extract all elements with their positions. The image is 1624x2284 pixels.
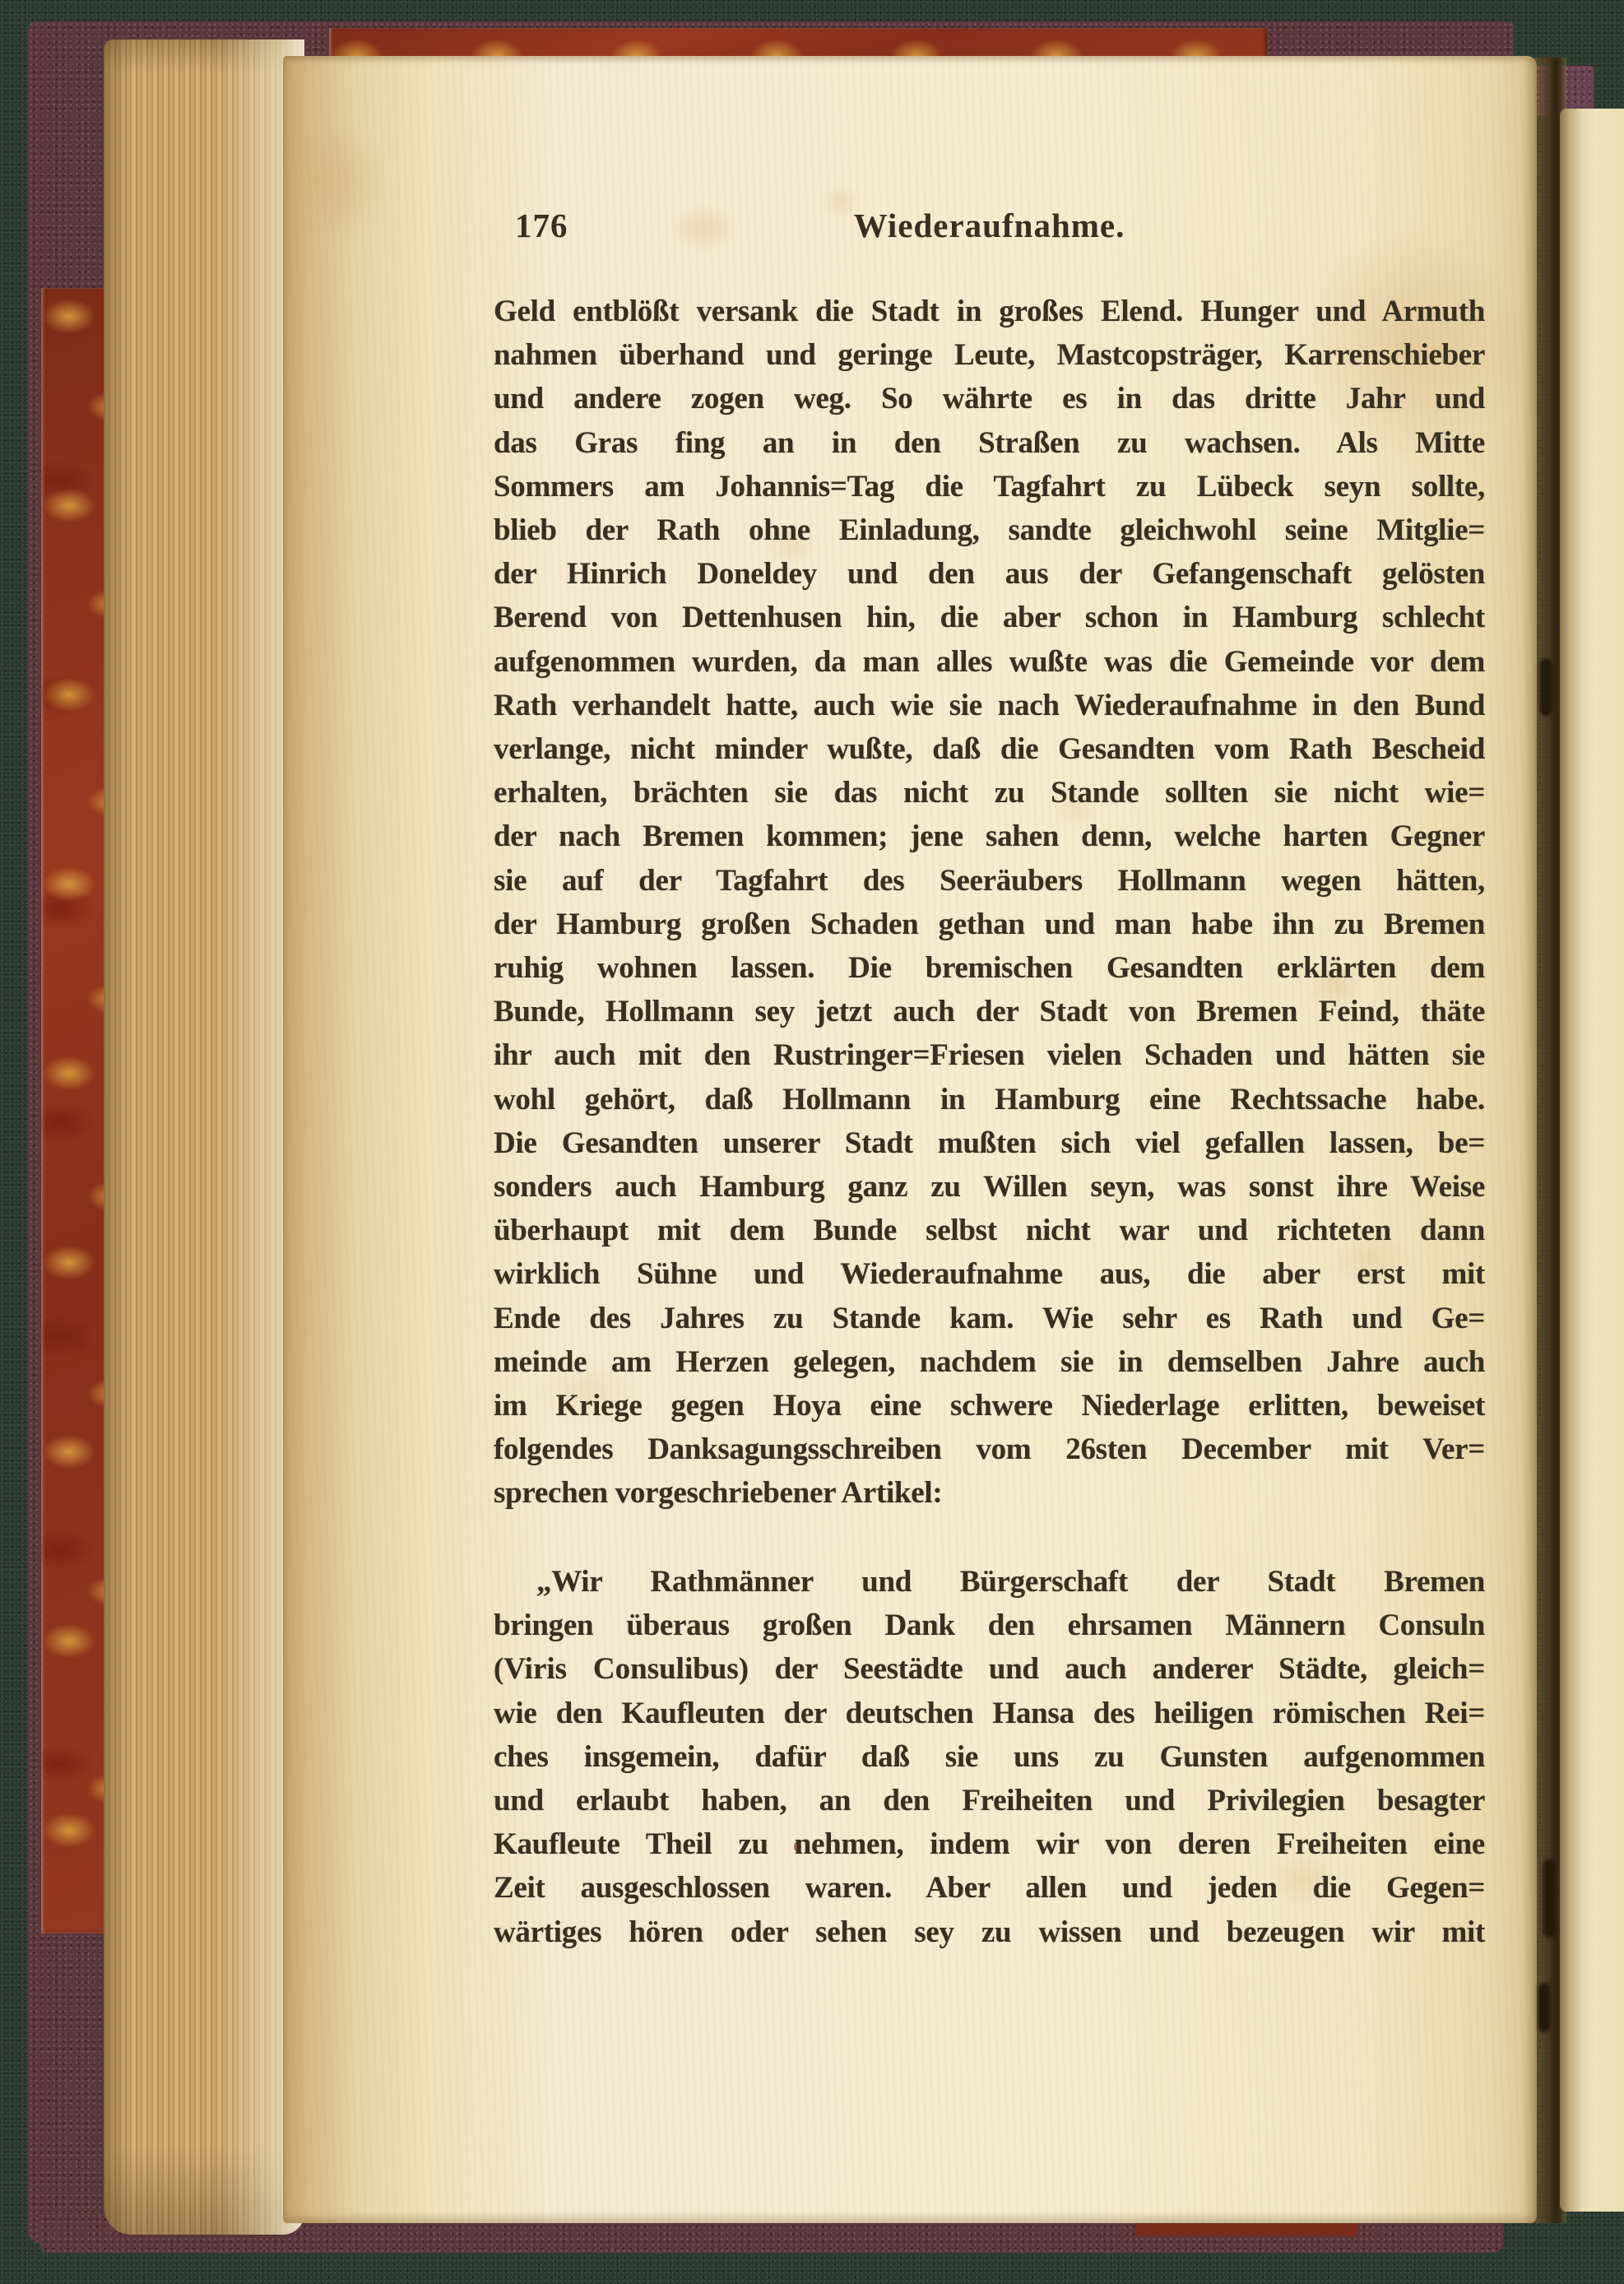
text-line: meinde am Herzen gelegen, nachdem sie in… xyxy=(494,1340,1485,1384)
text-line: verlange, nicht minder wußte, daß die Ge… xyxy=(494,727,1485,771)
text-line: und erlaubt haben, an den Freiheiten und… xyxy=(494,1779,1485,1822)
text-line: das Gras fing an in den Straßen zu wachs… xyxy=(494,421,1485,465)
text-line: blieb der Rath ohne Einladung, sandte gl… xyxy=(494,508,1485,552)
gutter-mark xyxy=(1543,1859,1555,1938)
text-line: der nach Bremen kommen; jene sahen denn,… xyxy=(494,815,1485,858)
page-header: 176 Wiederaufnahme. xyxy=(494,206,1485,247)
text-line: der Hamburg großen Schaden gethan und ma… xyxy=(494,903,1485,946)
text-line: „Wir Rathmänner und Bürgerschaft der Sta… xyxy=(494,1560,1485,1604)
text-line: Ende des Jahres zu Stande kam. Wie sehr … xyxy=(494,1297,1485,1340)
text-line: im Kriege gegen Hoya eine schwere Nieder… xyxy=(494,1384,1485,1427)
text-line: Sommers am Johannis=Tag die Tagfahrt zu … xyxy=(494,465,1485,508)
text-line: sprechen vorgeschriebener Artikel: xyxy=(494,1471,1485,1515)
page-stack-edge xyxy=(104,39,304,2235)
text-line: ches insgemein, dafür daß sie uns zu Gun… xyxy=(494,1735,1485,1779)
text-line: Die Gesandten unserer Stadt mußten sich … xyxy=(494,1121,1485,1165)
text-line: (Viris Consulibus) der Seestädte und auc… xyxy=(494,1647,1485,1691)
quoted-letter-paragraph: „Wir Rathmänner und Bürgerschaft der Sta… xyxy=(494,1560,1485,1954)
facing-page-edge xyxy=(1560,109,1624,2212)
text-line: wohl gehört, daß Hollmann in Hamburg ein… xyxy=(494,1078,1485,1121)
text-line: Geld entblößt versank die Stadt in große… xyxy=(494,290,1485,333)
book-cover-bottom-red-strip xyxy=(1135,2223,1357,2236)
text-line: Zeit ausgeschlossen waren. Aber allen un… xyxy=(494,1866,1485,1910)
text-line: Bunde, Hollmann sey jetzt auch der Stadt… xyxy=(494,990,1485,1033)
text-line: sonders auch Hamburg ganz zu Willen seyn… xyxy=(494,1165,1485,1209)
text-line: ruhig wohnen lassen. Die bremischen Gesa… xyxy=(494,946,1485,990)
text-line: sie auf der Tagfahrt des Seeräubers Holl… xyxy=(494,859,1485,903)
text-line: erhalten, brächten sie das nicht zu Stan… xyxy=(494,771,1485,815)
text-line: wirklich Sühne und Wiederaufnahme aus, d… xyxy=(494,1252,1485,1296)
gutter-mark xyxy=(1540,658,1552,716)
gutter-mark xyxy=(1538,1983,1550,2032)
text-line: wie den Kaufleuten der deutschen Hansa d… xyxy=(494,1692,1485,1735)
text-line: nahmen überhand und geringe Leute, Mastc… xyxy=(494,333,1485,377)
running-title: Wiederaufnahme. xyxy=(494,206,1485,245)
text-line: Rath verhandelt hatte, auch wie sie nach… xyxy=(494,684,1485,727)
text-line: ihr auch mit den Rustringer=Friesen viel… xyxy=(494,1033,1485,1077)
text-line: und andere zogen weg. So währte es in da… xyxy=(494,377,1485,420)
text-line: bringen überaus großen Dank den ehrsamen… xyxy=(494,1604,1485,1647)
text-line: Berend von Dettenhusen hin, die aber sch… xyxy=(494,596,1485,639)
text-line: der Hinrich Doneldey und den aus der Gef… xyxy=(494,552,1485,596)
text-line: überhaupt mit dem Bunde selbst nicht war… xyxy=(494,1209,1485,1252)
latin-phrase: (Viris Consulibus) xyxy=(494,1652,749,1686)
scanned-book-photo: 176 Wiederaufnahme. Geld entblößt versan… xyxy=(0,0,1624,2284)
text-line: Kaufleute Theil zu nehmen, indem wir von… xyxy=(494,1822,1485,1866)
body-paragraph: Geld entblößt versank die Stadt in große… xyxy=(494,290,1485,1516)
text-line-rest: der Seestädte und auch anderer Städte, g… xyxy=(775,1652,1485,1686)
text-line: aufgenommen wurden, da man alles wußte w… xyxy=(494,640,1485,684)
text-line: folgendes Danksagungsschreiben vom 26ste… xyxy=(494,1427,1485,1471)
text-line: wärtiges hören oder sehen sey zu wissen … xyxy=(494,1910,1485,1954)
